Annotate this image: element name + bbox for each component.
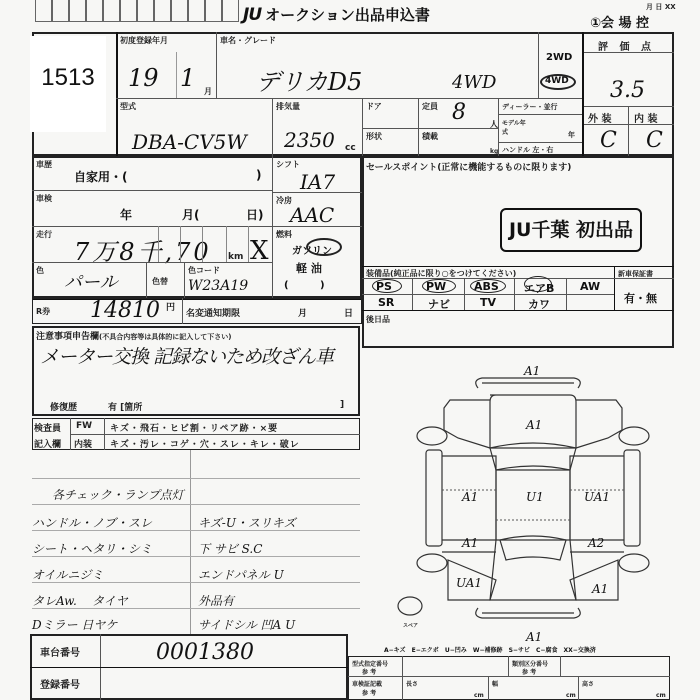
diagram-left-rear-fender: UA1 (456, 576, 482, 590)
diagram-hood: A1 (526, 418, 542, 432)
width-label: 幅 (492, 679, 498, 688)
diagram-rear-bumper: A1 (526, 630, 542, 644)
chassis-label: 車台番号 (40, 644, 80, 659)
diagram-left-front-door: A1 (462, 490, 478, 504)
diagram-right-rear-fender: A1 (592, 582, 608, 596)
height-label: 高さ (582, 679, 594, 688)
diagram-front-bumper: A1 (524, 364, 540, 378)
auction-sheet: JUオークション出品申込書 月 日 XX ①会 場 控 1513 初度登録年月 … (0, 0, 700, 700)
registration-label: 登録番号 (40, 676, 80, 691)
diagram-right-front-door: UA1 (584, 490, 610, 504)
cert-label: 車検証記載 (352, 679, 382, 688)
damage-legend: A−キズ E−エクボ U−凹み W−補修跡 S−サビ C−腐食 XX−交換済 (384, 645, 596, 654)
chassis-number: 0001380 (156, 640, 254, 665)
diagram-left-rear-door: A1 (462, 536, 478, 550)
diagram-spare-label: スペア (403, 622, 418, 629)
diagram-right-rear-door: A2 (588, 536, 604, 550)
spec-block (348, 656, 670, 700)
length-label: 長さ (406, 679, 418, 688)
diagram-roof: U1 (526, 490, 544, 504)
